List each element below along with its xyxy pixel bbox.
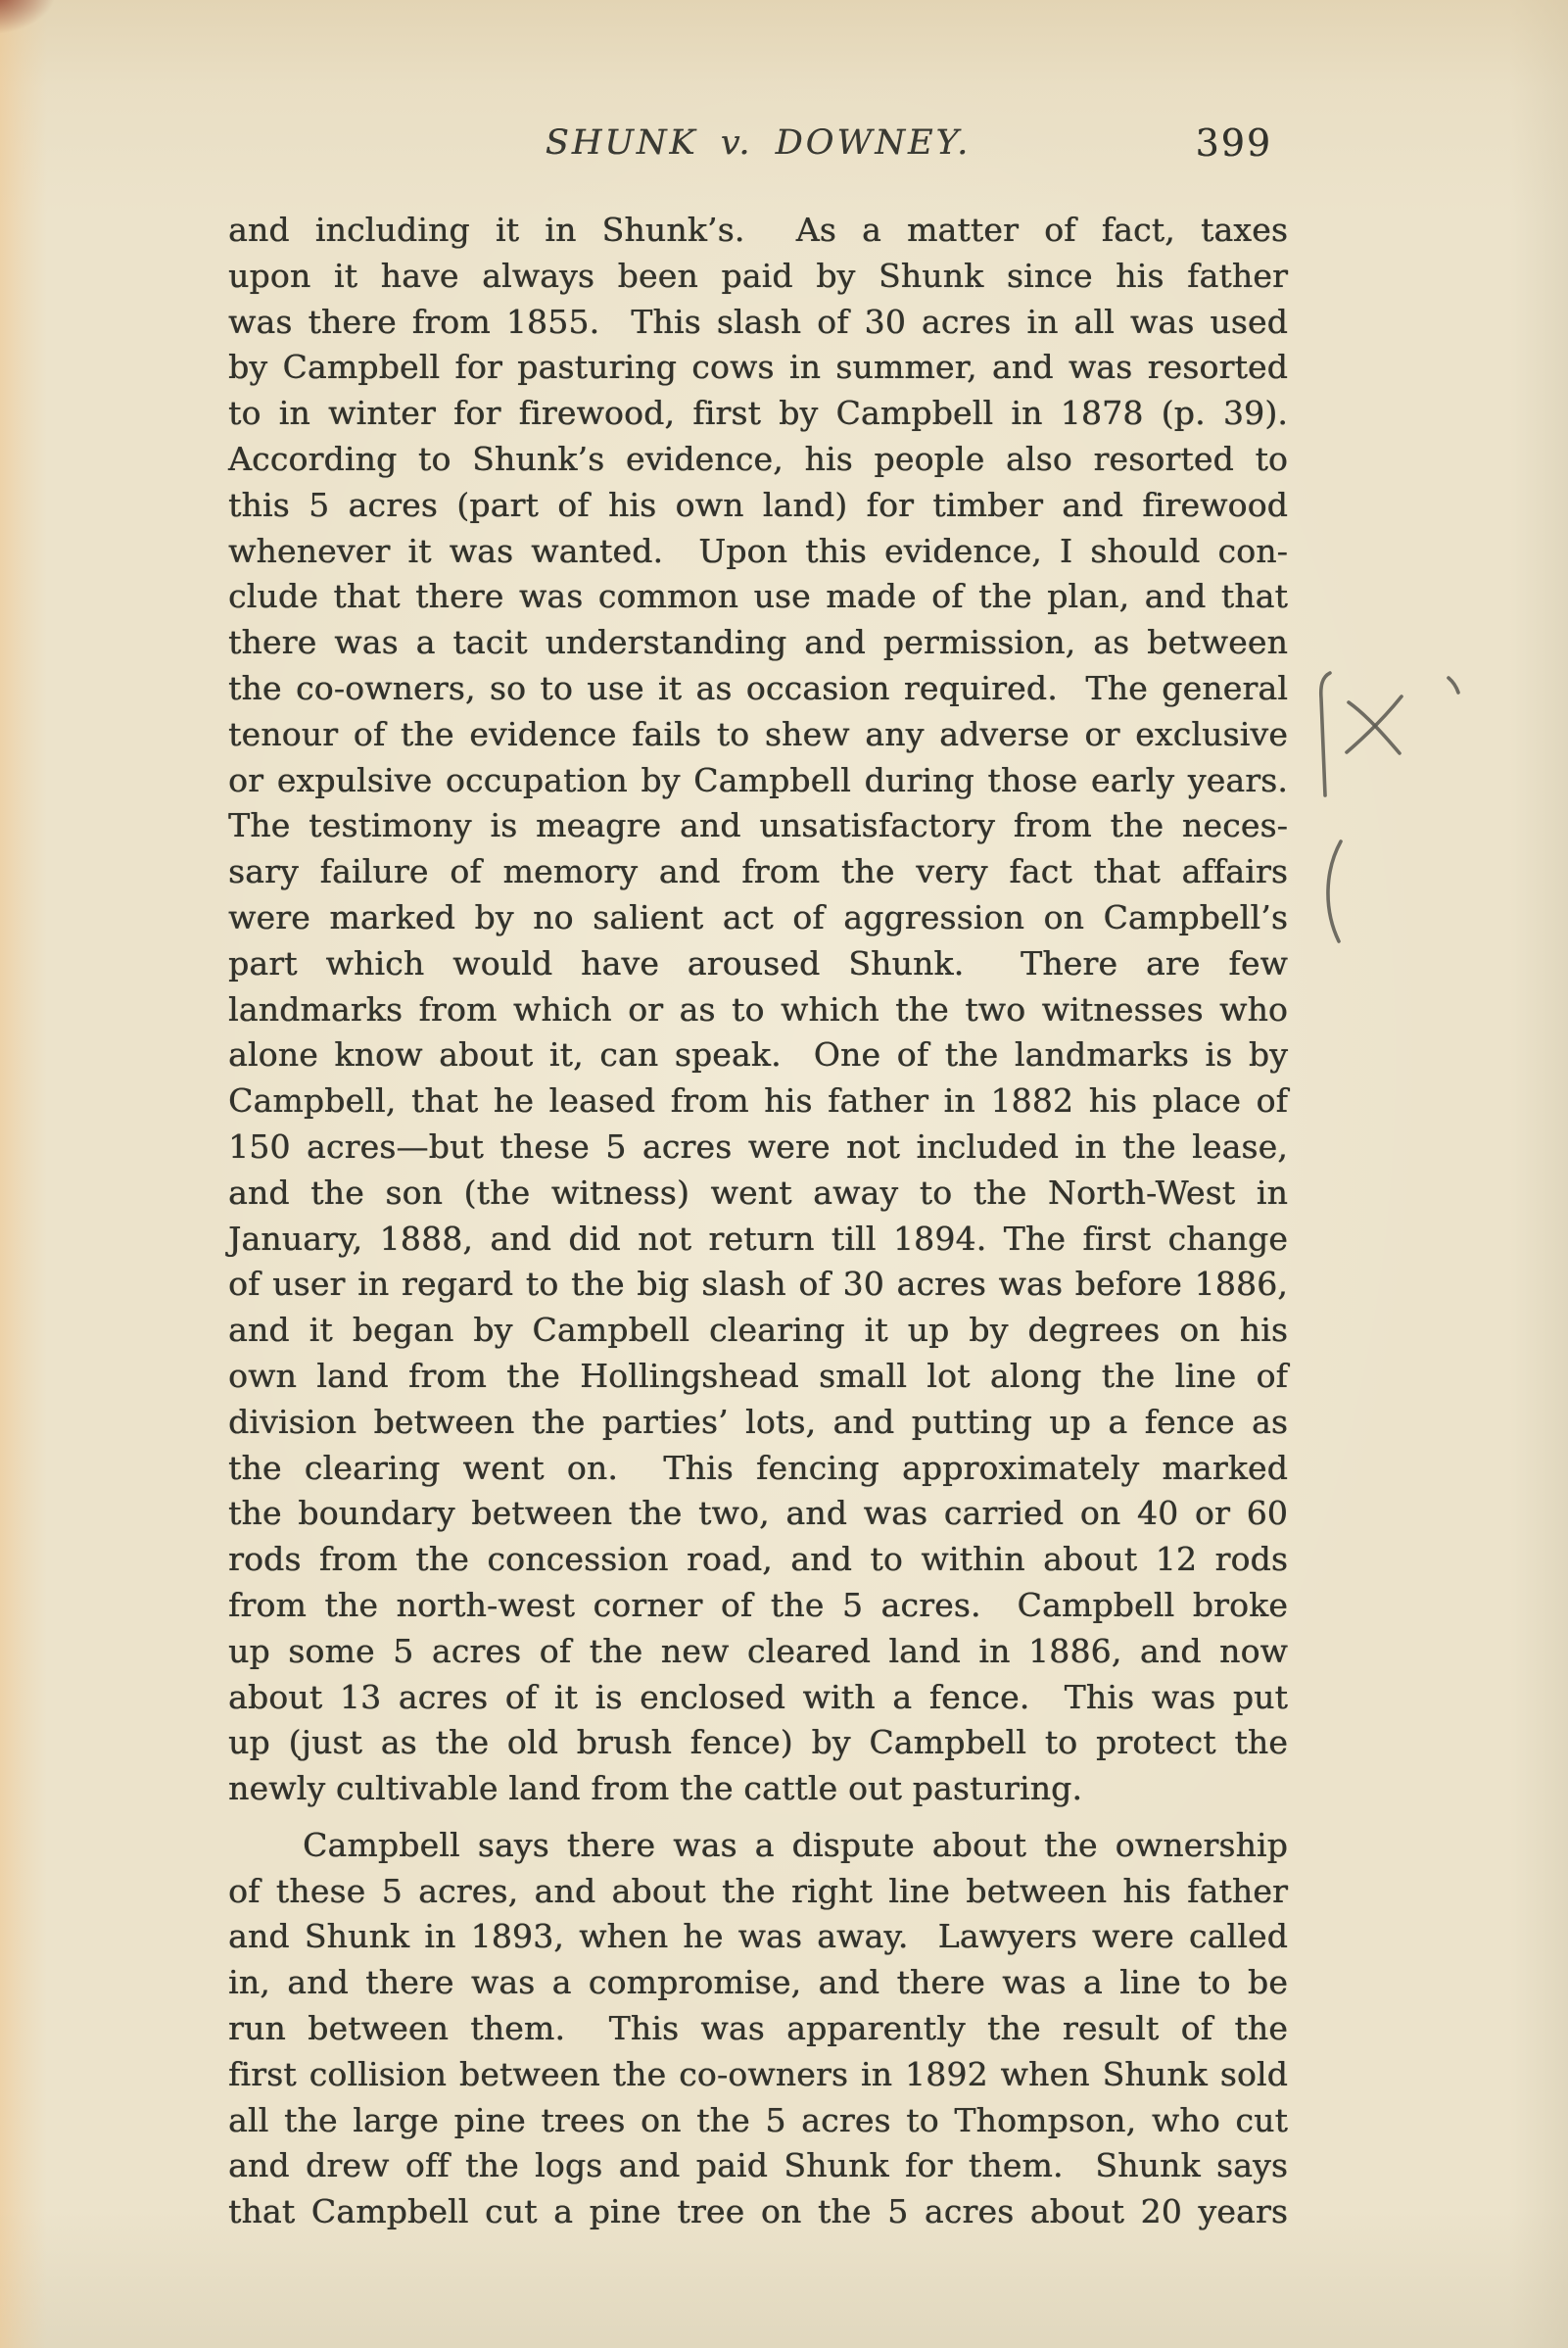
text-line: alone know about it, can speak. One of t… [228, 1032, 1288, 1078]
text-line: first collision between the co-owners in… [228, 2052, 1288, 2098]
text-line: The testimony is meagre and unsatisfacto… [228, 803, 1288, 849]
text-line: of user in regard to the big slash of 30… [228, 1262, 1288, 1308]
text-line: all the large pine trees on the 5 acres … [228, 2098, 1288, 2144]
text-line: and including it in Shunk’s. As a matter… [228, 208, 1288, 254]
text-line: and the son (the witness) went away to t… [228, 1171, 1288, 1217]
text-line: to in winter for firewood, first by Camp… [228, 391, 1288, 437]
text-line: Campbell says there was a dispute about … [228, 1823, 1288, 1869]
text-line: the co-owners, so to use it as occasion … [228, 666, 1288, 712]
text-line: about 13 acres of it is enclosed with a … [228, 1675, 1288, 1721]
text-line: 150 acres—but these 5 acres were not inc… [228, 1125, 1288, 1171]
text-line: was there from 1855. This slash of 30 ac… [228, 300, 1288, 346]
text-line: January, 1888, and did not return till 1… [228, 1217, 1288, 1263]
text-line: the clearing went on. This fencing appro… [228, 1446, 1288, 1492]
text-line: in, and there was a compromise, and ther… [228, 1960, 1288, 2006]
text-line: rods from the concession road, and to wi… [228, 1537, 1288, 1583]
text-line: of these 5 acres, and about the right li… [228, 1869, 1288, 1915]
page-number: 399 [1195, 121, 1272, 165]
text-line: that Campbell cut a pine tree on the 5 a… [228, 2189, 1288, 2235]
text-line: own land from the Hollingshead small lot… [228, 1354, 1288, 1400]
text-line: this 5 acres (part of his own land) for … [228, 483, 1288, 529]
text-line: newly cultivable land from the cattle ou… [228, 1766, 1288, 1812]
text-line: and drew off the logs and paid Shunk for… [228, 2143, 1288, 2189]
text-line: tenour of the evidence fails to shew any… [228, 712, 1288, 758]
text-line: division between the parties’ lots, and … [228, 1400, 1288, 1446]
text-line: were marked by no salient act of aggress… [228, 895, 1288, 941]
text-line: by Campbell for pasturing cows in summer… [228, 345, 1288, 391]
text-line: According to Shunk’s evidence, his peopl… [228, 437, 1288, 483]
text-line: landmarks from which or as to which the … [228, 987, 1288, 1033]
text-line: Campbell, that he leased from his father… [228, 1078, 1288, 1125]
pencil-x-mark [1349, 702, 1400, 753]
body-text-block: and including it in Shunk’s. As a matter… [228, 208, 1288, 2235]
text-line: and Shunk in 1893, when he was away. Law… [228, 1914, 1288, 1960]
running-head: SHUNK v. DOWNEY. 399 [228, 123, 1288, 168]
text-line: there was a tacit understanding and perm… [228, 620, 1288, 666]
paragraph-2: Campbell says there was a dispute about … [228, 1823, 1288, 2235]
text-line: and it began by Campbell clearing it up … [228, 1308, 1288, 1354]
text-line: part which would have aroused Shunk. The… [228, 941, 1288, 987]
paragraph-1: and including it in Shunk’s. As a matter… [228, 208, 1288, 1812]
pencil-tick-mark [1449, 678, 1458, 693]
text-line: up (just as the old brush fence) by Camp… [228, 1720, 1288, 1766]
pencil-x-mark [1347, 696, 1402, 752]
text-line: up some 5 acres of the new cleared land … [228, 1629, 1288, 1675]
pencil-bracket-mark [1321, 673, 1330, 795]
text-line: whenever it was wanted. Upon this eviden… [228, 529, 1288, 575]
text-line: run between them. This was apparently th… [228, 2006, 1288, 2052]
text-line: upon it have always been paid by Shunk s… [228, 254, 1288, 300]
case-title: SHUNK v. DOWNEY. [228, 123, 1288, 163]
scanned-book-page: SHUNK v. DOWNEY. 399 and including it in… [0, 0, 1568, 2348]
text-line: from the north-west corner of the 5 acre… [228, 1583, 1288, 1629]
text-line: clude that there was common use made of … [228, 574, 1288, 620]
pencil-paren-mark [1328, 841, 1341, 941]
text-line: sary failure of memory and from the very… [228, 849, 1288, 895]
text-line: the boundary between the two, and was ca… [228, 1491, 1288, 1537]
text-line: or expulsive occupation by Campbell duri… [228, 758, 1288, 804]
